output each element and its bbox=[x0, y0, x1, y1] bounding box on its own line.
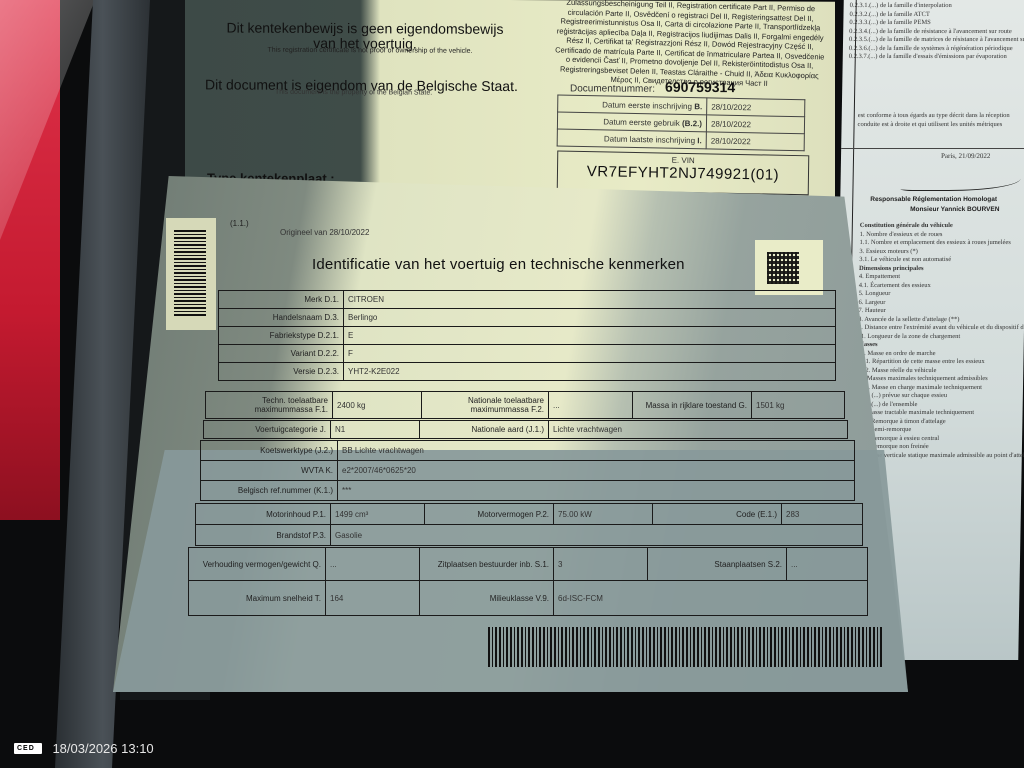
list-item: Masses bbox=[858, 341, 1024, 350]
list-item: 9. Distance entre l'extrémité avant du v… bbox=[858, 324, 1024, 333]
identification-table: Merk D.1.CITROEN Handelsnaam D.3.Berling… bbox=[218, 290, 836, 381]
list-item: 6. Largeur bbox=[858, 299, 1024, 308]
responsible-title: Responsable Réglementation Homologat bbox=[870, 196, 997, 203]
list-item: 0.2.3.2.(...) de la famille ATCT bbox=[849, 11, 1024, 20]
seats-table: Verhouding vermogen/gewicht Q. ... Zitpl… bbox=[188, 547, 868, 616]
list-item: 0.2.3.4.(...) de la famille de résistanc… bbox=[849, 28, 1024, 37]
list-item: 0.2.3.1.(...) de la famille d'interpolat… bbox=[850, 2, 1024, 11]
barcode-icon bbox=[174, 230, 206, 318]
signatory-name: Monsieur Yannick BOURVEN bbox=[910, 206, 999, 213]
list-item: 13. Masse en ordre de marche bbox=[858, 350, 1024, 359]
conformity-family-list: 0.2.3.1.(...) de la famille d'interpolat… bbox=[849, 2, 1024, 62]
datamatrix-code bbox=[755, 240, 823, 295]
vehicle-characteristics-list: Constitution générale du véhicule1. Nomb… bbox=[856, 222, 1024, 460]
date-value: 28/10/2022 bbox=[707, 98, 805, 117]
list-item: 13.2. Masse réelle du véhicule bbox=[857, 367, 1024, 376]
table-row: Brandstof P.3. Gasolie bbox=[196, 525, 863, 546]
photo-stamp: CED 18/03/2026 13:10 bbox=[14, 740, 154, 754]
vertical-barcode bbox=[166, 218, 216, 330]
list-item: 8. Avancée de la sellette d'attelage (**… bbox=[858, 316, 1024, 325]
vin-value: VR7EFYHT2NJ749921(01) bbox=[558, 163, 808, 185]
list-item: 18.3. Remorque à essieu central bbox=[856, 435, 1024, 444]
table-row: Motorinhoud P.1. 1499 cm³ Motorvermogen … bbox=[196, 504, 863, 525]
timestamp: 18/03/2026 13:10 bbox=[52, 741, 153, 756]
list-item: 18.2. Semi-remorque bbox=[856, 426, 1024, 435]
list-item: 11. Longueur de la zone de chargement bbox=[858, 333, 1024, 342]
signature bbox=[900, 170, 1020, 191]
date-value: 28/10/2022 bbox=[706, 115, 804, 134]
list-item: 1.1. Nombre et emplacement des essieux à… bbox=[859, 239, 1024, 248]
list-item: 0.2.3.5.(...) de la famille de matrices … bbox=[849, 36, 1024, 45]
conformity-statement: est conforme à tous égards au type décri… bbox=[858, 112, 1010, 129]
date-value: 28/10/2022 bbox=[706, 132, 804, 151]
list-item: conduite est à droite et qui utilisent l… bbox=[858, 121, 1010, 130]
divider bbox=[841, 148, 1024, 149]
datamatrix-icon bbox=[767, 252, 799, 284]
document-number-label: Documentnummer: bbox=[570, 83, 655, 94]
horizontal-barcode bbox=[488, 627, 883, 667]
table-row: WVTA K.e2*2007/46*0625*20 bbox=[201, 461, 855, 481]
list-item: 0.2.3.6.(...) de la famille de systèmes … bbox=[849, 45, 1024, 54]
table-row: Techn. toelaatbare maximummassa F.1. 240… bbox=[206, 392, 845, 419]
list-item: 16.1. Masse en charge maximale technique… bbox=[857, 384, 1024, 393]
list-item: 3.1. Le véhicule est non automatisé bbox=[859, 256, 1024, 265]
list-item: 16.2. (...) prévue sur chaque essieu bbox=[857, 392, 1024, 401]
list-item: Constitution générale du véhicule bbox=[860, 222, 1024, 231]
table-row: Belgisch ref.nummer (K.1.)*** bbox=[201, 481, 855, 501]
table-row: Datum laatste inschrijving I.28/10/2022 bbox=[557, 129, 804, 151]
list-item: 3. Essieux moteurs (*) bbox=[859, 248, 1024, 257]
vin-box: E. VIN VR7EFYHT2NJ749921(01) bbox=[557, 150, 810, 195]
list-item: 4.1. Écartement des essieux bbox=[859, 282, 1024, 291]
document-number-value: 690759314 bbox=[665, 79, 735, 95]
property-notice-en: This document is the property of the Bel… bbox=[275, 89, 432, 97]
document-number: Documentnummer:690759314 bbox=[570, 78, 735, 95]
engine-table: Motorinhoud P.1. 1499 cm³ Motorvermogen … bbox=[195, 503, 863, 546]
table-row: Fabriekstype D.2.1.E bbox=[219, 327, 836, 345]
ced-logo: CED bbox=[14, 743, 42, 754]
mass-table: Techn. toelaatbare maximummassa F.1. 240… bbox=[205, 391, 845, 419]
list-item: 5. Longueur bbox=[859, 290, 1024, 299]
list-item: est conforme à tous égards au type décri… bbox=[858, 112, 1010, 121]
card-index: (1.1.) bbox=[230, 219, 249, 228]
place-date: Paris, 21/09/2022 bbox=[941, 152, 991, 160]
list-item: Dimensions principales bbox=[859, 265, 1024, 274]
list-item: 18.1. Remorque à timon d'attelage bbox=[856, 418, 1024, 427]
card-title: Identificatie van het voertuig en techni… bbox=[312, 256, 685, 273]
table-row: Variant D.2.2.F bbox=[219, 345, 836, 363]
table-row: Verhouding vermogen/gewicht Q. ... Zitpl… bbox=[189, 548, 868, 581]
list-item: 7. Hauteur bbox=[858, 307, 1024, 316]
list-item: 4. Empattement bbox=[859, 273, 1024, 282]
list-item: 1. Nombre d'essieux et de roues bbox=[860, 231, 1024, 240]
list-item: 16.4. (...) de l'ensemble bbox=[857, 401, 1024, 410]
list-item: 13.1. Répartition de cette masse entre l… bbox=[857, 358, 1024, 367]
table-row: Merk D.1.CITROEN bbox=[219, 291, 836, 309]
list-item: 16. Masses maximales techniquement admis… bbox=[857, 375, 1024, 384]
table-row: Versie D.2.3.YHT2-K2E022 bbox=[219, 363, 836, 381]
ownership-notice-en: This registration certificate is not pro… bbox=[245, 47, 495, 55]
list-item: 18. Masse tractable maximale techniqueme… bbox=[856, 409, 1024, 418]
table-row: Voertuigcategorie J. N1 Nationale aard (… bbox=[204, 421, 848, 439]
registration-certificate-back: Dit kentekenbewijs is geen eigendomsbewi… bbox=[185, 0, 835, 202]
original-of: Origineel van 28/10/2022 bbox=[280, 228, 369, 237]
body-type-table: Koetswerktype (J.2.)BB Lichte vrachtwage… bbox=[200, 440, 855, 501]
list-item: 0.2.3.3.(...) de la famille PEMS bbox=[849, 19, 1024, 28]
category-table: Voertuigcategorie J. N1 Nationale aard (… bbox=[203, 420, 848, 439]
table-row: Handelsnaam D.3.Berlingo bbox=[219, 309, 836, 327]
table-row: Maximum snelheid T. 164 Milieuklasse V.9… bbox=[189, 581, 868, 616]
multilang-title: Zulassungsbescheinigung Teil II, Registr… bbox=[554, 0, 826, 90]
table-row: Koetswerktype (J.2.)BB Lichte vrachtwage… bbox=[201, 441, 855, 461]
registration-dates-table: Datum eerste inschrijving B.28/10/2022 D… bbox=[557, 95, 806, 152]
list-item: 0.2.3.7.(...) de la famille d'essais d'é… bbox=[849, 53, 1024, 62]
